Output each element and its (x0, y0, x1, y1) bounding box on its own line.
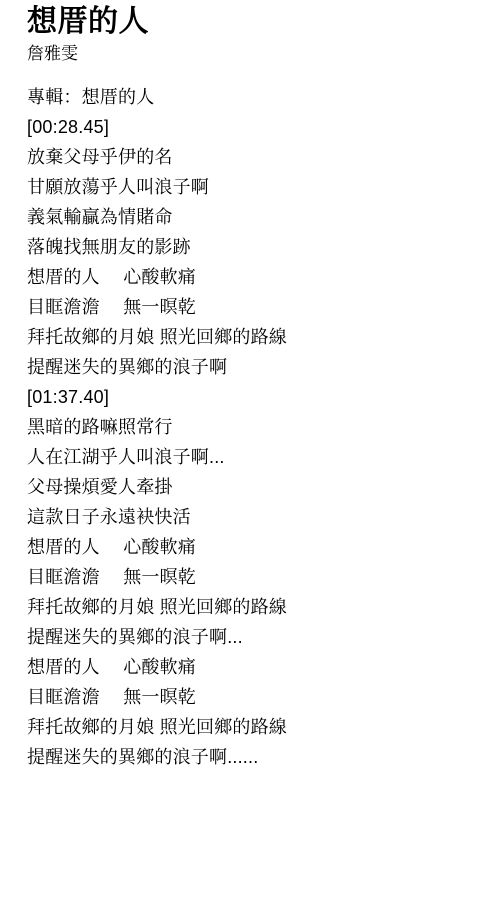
lyric-line: 目眶澹澹 無一暝乾 (27, 562, 480, 592)
lyrics: 專輯：想厝的人[00:28.45]放棄父母乎伊的名甘願放蕩乎人叫浪子啊義氣輸贏為… (27, 82, 480, 772)
lyric-line: 人在江湖乎人叫浪子啊... (27, 442, 480, 472)
lyric-line: 黑暗的路嘛照常行 (27, 412, 480, 442)
lyric-line: 落魄找無朋友的影跡 (27, 232, 480, 262)
lyric-line: 想厝的人 心酸軟痛 (27, 532, 480, 562)
artist-name: 詹雅雯 (27, 43, 480, 65)
lyric-line: 提醒迷失的異鄉的浪子啊...... (27, 742, 480, 772)
lyric-line: 拜托故鄉的月娘 照光回鄉的路線 (27, 592, 480, 622)
lyric-line: 想厝的人 心酸軟痛 (27, 262, 480, 292)
lyric-line: 父母操煩愛人牽掛 (27, 472, 480, 502)
lyrics-page: 想厝的人 詹雅雯 專輯：想厝的人[00:28.45]放棄父母乎伊的名甘願放蕩乎人… (0, 0, 500, 910)
lyric-line: 提醒迷失的異鄉的浪子啊... (27, 622, 480, 652)
lyric-line: [00:28.45] (27, 112, 480, 142)
lyric-line: 甘願放蕩乎人叫浪子啊 (27, 172, 480, 202)
lyric-line: 這款日子永遠袂快活 (27, 502, 480, 532)
lyric-line: 拜托故鄉的月娘 照光回鄉的路線 (27, 712, 480, 742)
lyric-line: 目眶澹澹 無一暝乾 (27, 682, 480, 712)
lyric-line: 放棄父母乎伊的名 (27, 142, 480, 172)
lyric-line: 想厝的人 心酸軟痛 (27, 652, 480, 682)
lyric-line: 拜托故鄉的月娘 照光回鄉的路線 (27, 322, 480, 352)
lyric-line: 提醒迷失的異鄉的浪子啊 (27, 352, 480, 382)
lyric-line: 目眶澹澹 無一暝乾 (27, 292, 480, 322)
lyric-line: [01:37.40] (27, 382, 480, 412)
lyric-line: 專輯：想厝的人 (27, 82, 480, 112)
lyric-line: 義氣輸贏為情賭命 (27, 202, 480, 232)
song-title: 想厝的人 (27, 2, 480, 42)
